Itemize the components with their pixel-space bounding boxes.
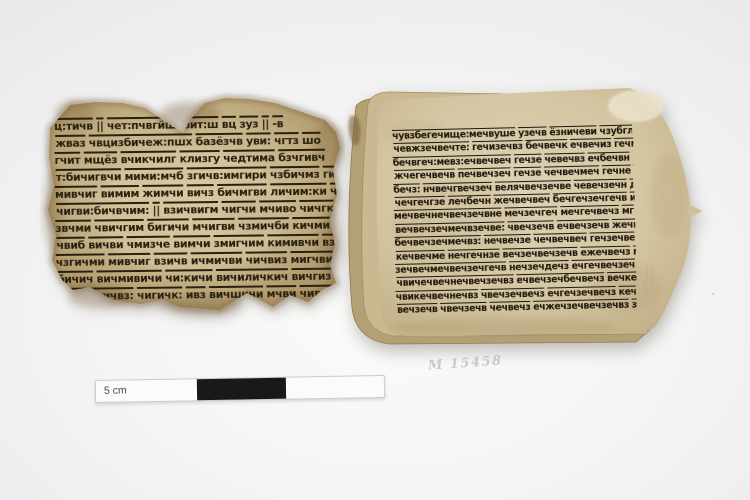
catalog-number: M 15458 [428,353,504,373]
right-manuscript-stack [336,76,706,351]
edge-tear-spike [688,204,702,219]
dust-speck [712,293,714,295]
scale-bar-label: 5 cm [104,380,127,401]
scale-bar: 5 cm [95,375,385,403]
scale-bar-black-segment [197,378,286,401]
photograph: ц:тичв || чет:пчвгйшчвит:ш вц зуз || -в … [0,0,750,500]
left-manuscript-leaf [40,90,345,330]
